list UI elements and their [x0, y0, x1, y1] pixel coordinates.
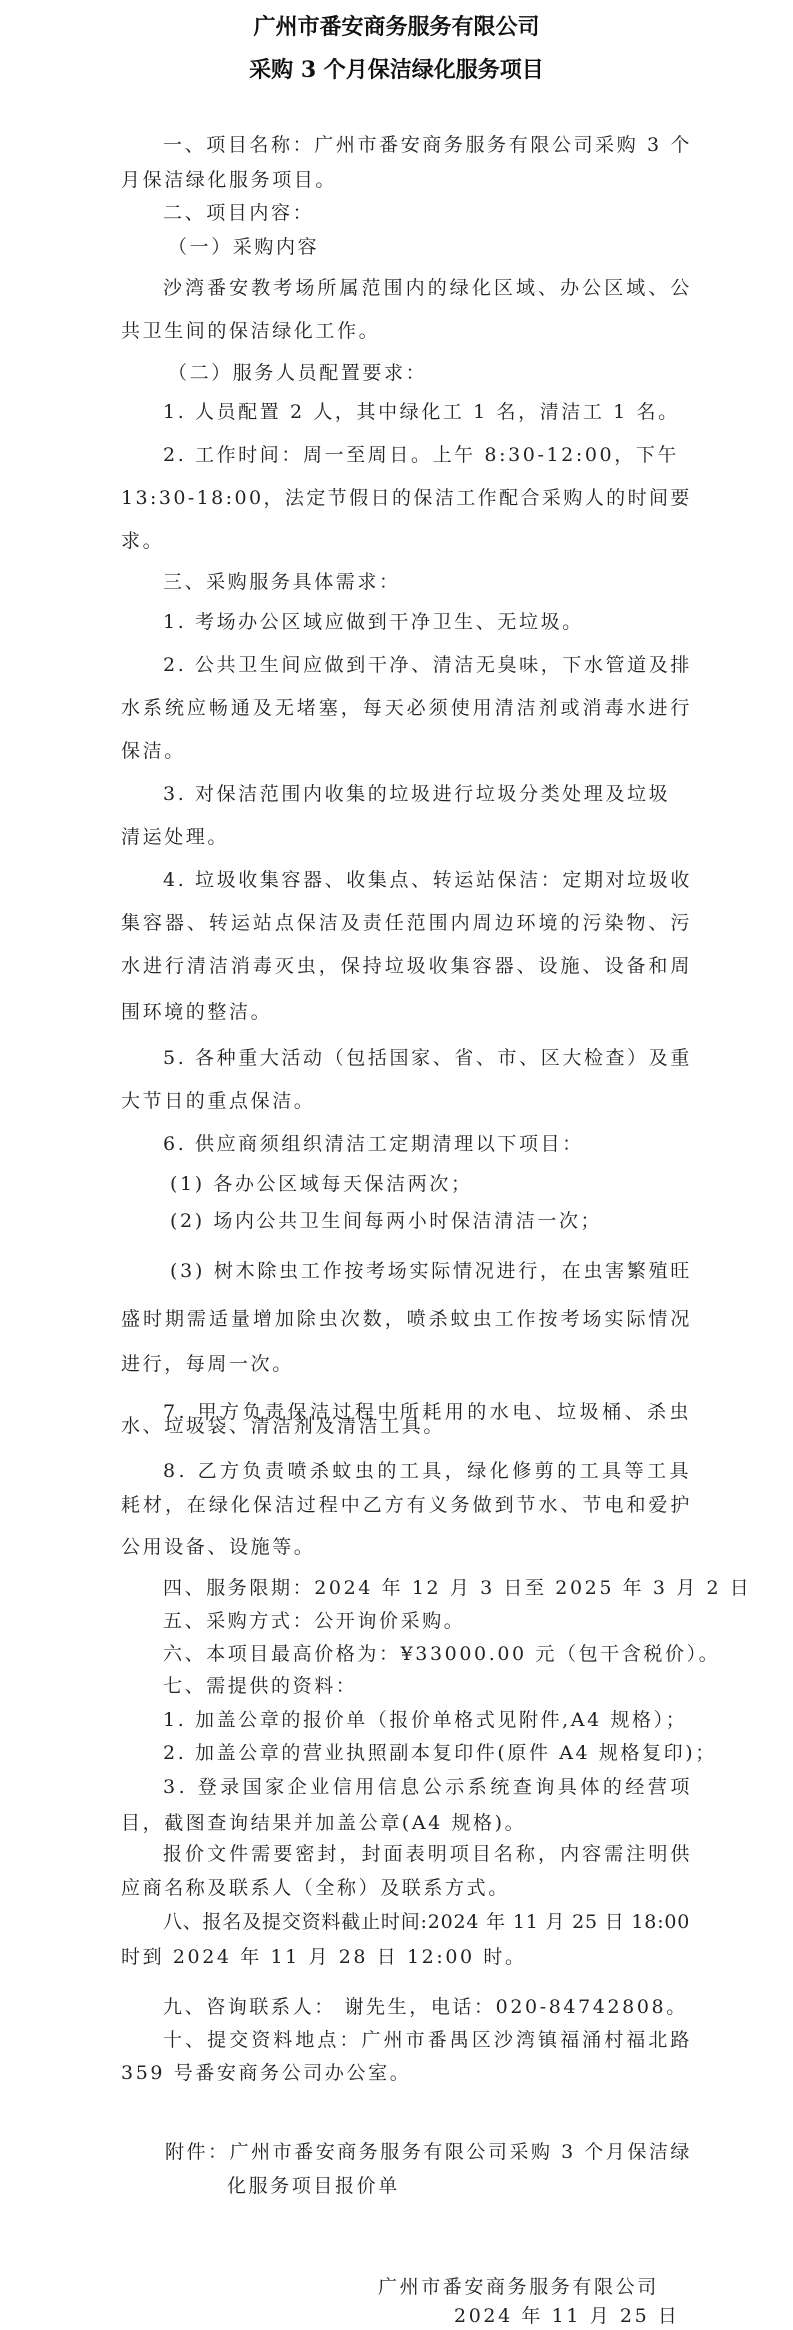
document-line: 359 号番安商务公司办公室。	[121, 2059, 411, 2087]
document-line: 保洁。	[121, 737, 186, 765]
document-line: （一）采购内容	[168, 233, 319, 261]
document-line: 二、项目内容：	[163, 199, 314, 227]
document-line: 13:30-18:00，法定节假日的保洁工作配合采购人的时间要	[121, 484, 692, 512]
document-line: 围环境的整洁。	[121, 998, 272, 1026]
document-title-line-2: 采购 3 个月保洁绿化服务项目	[0, 55, 793, 85]
document-line: 十、提交资料地点：广州市番禺区沙湾镇福涌村福北路	[163, 2026, 692, 2054]
document-line: 集容器、转运站点保洁及责任范围内周边环境的污染物、污	[121, 909, 692, 937]
document-line: 求。	[121, 527, 164, 555]
document-line: 盛时期需适量增加除虫次数，喷杀蚊虫工作按考场实际情况	[121, 1305, 692, 1333]
document-line: 一、项目名称：广州市番安商务服务有限公司采购 3 个	[163, 131, 692, 159]
document-line: 目，截图查询结果并加盖公章(A4 规格)。	[121, 1809, 526, 1837]
document-line: 清运处理。	[121, 823, 229, 851]
document-line: 2. 加盖公章的营业执照副本复印件(原件 A4 规格复印)；	[163, 1739, 717, 1767]
document-line: 月保洁绿化服务项目。	[121, 166, 337, 194]
document-line: 广州市番安商务服务有限公司	[378, 2273, 659, 2301]
document-line: 5. 各种重大活动（包括国家、省、市、区大检查）及重	[163, 1044, 692, 1072]
document-line: 4. 垃圾收集容器、收集点、转运站保洁：定期对垃圾收	[163, 866, 692, 894]
document-line: 耗材，在绿化保洁过程中乙方有义务做到节水、节电和爱护	[121, 1491, 692, 1519]
document-line: 水进行清洁消毒灭虫，保持垃圾收集容器、设施、设备和周	[121, 952, 692, 980]
document-line: 1. 人员配置 2 人，其中绿化工 1 名，清洁工 1 名。	[163, 398, 680, 426]
document-line: 公用设备、设施等。	[121, 1533, 315, 1561]
document-line: (1) 各办公区域每天保洁两次；	[170, 1170, 473, 1198]
document-line: 报价文件需要密封，封面表明项目名称，内容需注明供	[163, 1840, 692, 1868]
document-line: 沙湾番安教考场所属范围内的绿化区域、办公区域、公	[163, 274, 692, 302]
document-line: 五、采购方式：公开询价采购。	[163, 1607, 465, 1635]
document-line: 六、本项目最高价格为：¥33000.00 元（包干含税价）。	[163, 1640, 720, 1668]
document-line: 共卫生间的保洁绿化工作。	[121, 317, 380, 345]
document-line: 四、服务限期：2024 年 12 月 3 日至 2025 年 3 月 2 日	[163, 1574, 751, 1602]
document-line: 大节日的重点保洁。	[121, 1087, 315, 1115]
document-line: (2) 场内公共卫生间每两小时保洁清洁一次；	[170, 1207, 602, 1235]
document-line: 1. 考场办公区域应做到干净卫生、无垃圾。	[163, 608, 584, 636]
document-line: 应商名称及联系人（全称）及联系方式。	[121, 1874, 510, 1902]
document-line: 2024 年 11 月 25 日	[454, 2302, 680, 2330]
document-line: 1. 加盖公章的报价单（报价单格式见附件,A4 规格）；	[163, 1706, 687, 1734]
document-line: 七、需提供的资料：	[163, 1672, 357, 1700]
document-line: （二）服务人员配置要求：	[168, 359, 427, 387]
document-title-line-1: 广州市番安商务服务有限公司	[0, 12, 793, 42]
document-line: 8. 乙方负责喷杀蚊虫的工具，绿化修剪的工具等工具	[163, 1457, 692, 1485]
document-page: 广州市番安商务服务有限公司 采购 3 个月保洁绿化服务项目 一、项目名称：广州市…	[0, 0, 793, 2330]
document-line: (3) 树木除虫工作按考场实际情况进行，在虫害繁殖旺	[170, 1257, 692, 1285]
document-line: 2. 公共卫生间应做到干净、清洁无臭味，下水管道及排	[163, 651, 692, 679]
document-line: 进行，每周一次。	[121, 1350, 294, 1378]
document-line: 3. 对保洁范围内收集的垃圾进行垃圾分类处理及垃圾	[163, 780, 670, 808]
document-line: 时到 2024 年 11 月 28 日 12:00 时。	[121, 1943, 527, 1971]
document-line: 3. 登录国家企业信用信息公示系统查询具体的经营项	[163, 1773, 693, 1801]
document-line: 九、咨询联系人： 谢先生，电话：020-84742808。	[163, 1993, 688, 2021]
document-line: 化服务项目报价单	[227, 2172, 400, 2200]
document-line: 附件：广州市番安商务服务有限公司采购 3 个月保洁绿	[165, 2138, 692, 2166]
document-line: 2. 工作时间：周一至周日。上午 8:30-12:00，下午	[163, 441, 679, 469]
document-line: 6. 供应商须组织清洁工定期清理以下项目：	[163, 1130, 584, 1158]
document-line: 八、报名及提交资料截止时间:2024 年 11 月 25 日 18:00	[163, 1908, 690, 1936]
document-line: 水系统应畅通及无堵塞，每天必须使用清洁剂或消毒水进行	[121, 694, 692, 722]
document-line: 三、采购服务具体需求：	[163, 568, 401, 596]
document-line: 水、垃圾袋、清洁剂及清洁工具。	[121, 1412, 445, 1440]
